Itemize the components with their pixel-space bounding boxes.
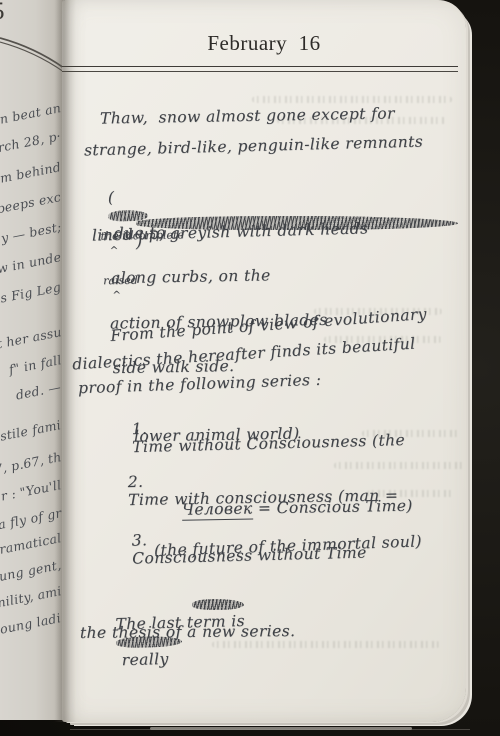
list-marker: 2. — [128, 473, 144, 491]
facing-page-fragment: mer : "You'll — [0, 477, 62, 507]
facing-page-fragment: at her assu — [0, 324, 62, 353]
facing-page-header-rule — [0, 0, 64, 84]
facing-page-fragment: from behind — [0, 159, 62, 189]
caret-mark: ^ — [112, 290, 121, 301]
ink-bleed-through — [252, 96, 452, 103]
table-edge-highlight — [150, 727, 412, 730]
diary-page: February 16 Thaw, snow almost gone excep… — [62, 0, 466, 722]
facing-page-fragment: March 28, p· — [0, 128, 62, 159]
facing-page-fragment: a fly of gr — [0, 505, 62, 532]
facing-page-fragment: ?) peeps exc — [0, 189, 62, 219]
facing-page-fragment: an beat an — [0, 100, 62, 128]
facing-page-fragment: y — best; — [0, 219, 62, 245]
facing-page-fragment: low in unde — [0, 249, 62, 278]
inserted-text: raised — [103, 274, 138, 288]
diary-scan: 5 an beat an March 28, p· from behind ?)… — [0, 0, 500, 736]
facing-page-fragment: stile fami — [0, 417, 62, 444]
facing-page-sliver: 5 an beat an March 28, p· from behind ?)… — [0, 0, 64, 720]
handwriting-line: strange, bird-like, penguin-like remnant… — [84, 133, 424, 160]
facing-page-fragment: Hans Fig Leg — [0, 279, 62, 311]
facing-page-fragment: inility, ami — [0, 583, 62, 611]
insertion: ^ raised — [111, 287, 121, 359]
handwriting-segment: really — [116, 650, 169, 669]
facing-page-fragment: dramatical — [0, 530, 62, 558]
handwriting-line: the thesis of a new series. — [80, 622, 296, 642]
list-item-line: lower animal world) — [134, 425, 300, 446]
header-double-rule — [62, 66, 458, 72]
page-header-date: February 16 — [62, 31, 466, 56]
facing-page-fragment: 37, p.67, th — [0, 449, 62, 478]
list-marker: 3. — [132, 531, 148, 549]
facing-page-fragment: f" in fall — [7, 352, 62, 377]
handwriting-line: Thaw, snow almost gone except for — [100, 104, 395, 127]
facing-page-fragment: oung gent, — [0, 557, 62, 585]
facing-page-fragment: g young ladi — [0, 610, 62, 640]
facing-page-fragment: ded. — — [15, 379, 63, 402]
